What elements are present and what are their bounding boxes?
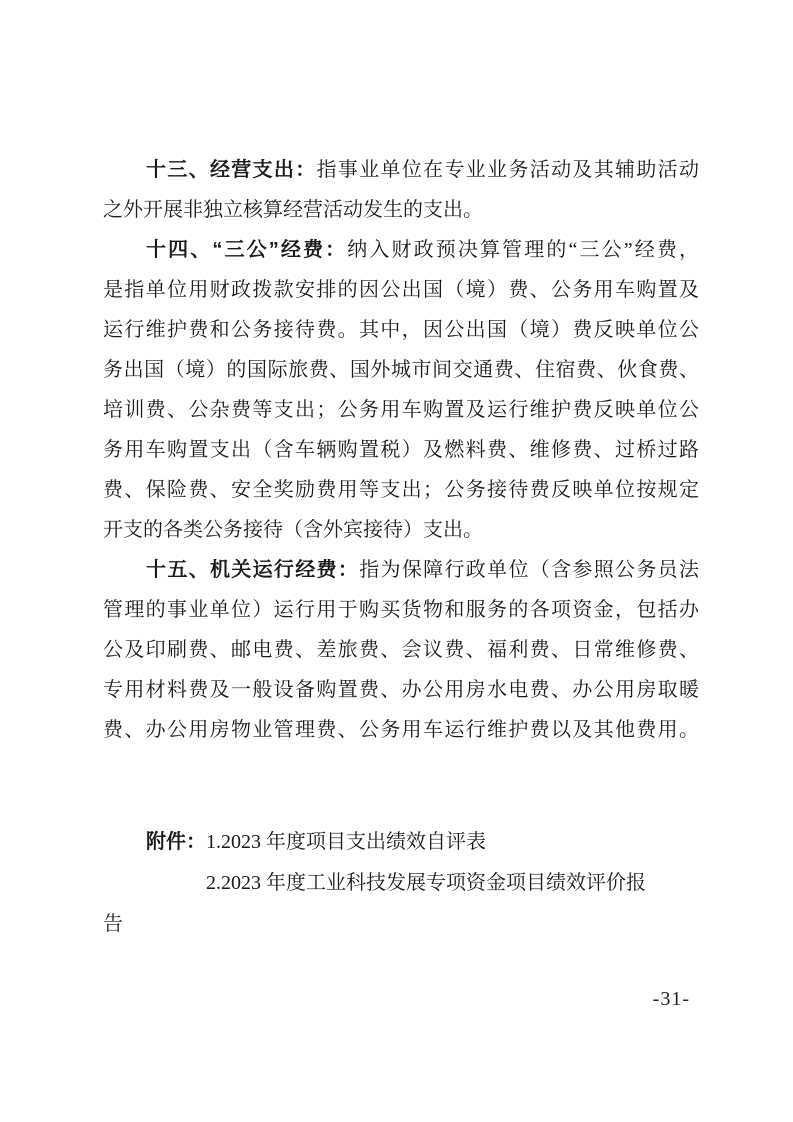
attachment-line: 告 bbox=[103, 904, 743, 945]
body-line-text: 务出国（境）的国际旅费、国外城市间交通费、住宿费、伙食费、 bbox=[103, 359, 699, 381]
body-line-text: 费、办公用房物业管理费、公务用车运行维护费以及其他费用。 bbox=[103, 719, 699, 741]
body-line: 管理的事业单位）运行用于购买货物和服务的各项资金，包括办 bbox=[103, 590, 699, 630]
body-line-text: 是指单位用财政拨款安排的因公出国（境）费、公务用车购置及 bbox=[103, 279, 699, 301]
body-line-text: 之外开展非独立核算经营活动发生的支出。 bbox=[103, 199, 483, 221]
attachment-item-1: 1.2023 年度项目支出绩效自评表 bbox=[206, 831, 486, 853]
body-line-text: 指事业单位在专业业务活动及其辅助活动 bbox=[317, 159, 699, 181]
body-line: 培训费、公杂费等支出；公务用车购置及运行维护费反映单位公 bbox=[103, 390, 699, 430]
body-line-text: 公及印刷费、邮电费、差旅费、会议费、福利费、日常维修费、 bbox=[103, 639, 699, 661]
body-line: 公及印刷费、邮电费、差旅费、会议费、福利费、日常维修费、 bbox=[103, 630, 699, 670]
section-heading: 十四、“三公”经费： bbox=[146, 239, 347, 261]
body-line: 专用材料费及一般设备购置费、办公用房水电费、办公用房取暖 bbox=[103, 670, 699, 710]
body-line-text: 务用车购置支出（含车辆购置税）及燃料费、维修费、过桥过路 bbox=[103, 439, 699, 461]
body-line: 务出国（境）的国际旅费、国外城市间交通费、住宿费、伙食费、 bbox=[103, 350, 699, 390]
body-line-text: 管理的事业单位）运行用于购买货物和服务的各项资金，包括办 bbox=[103, 599, 699, 621]
body-line: 十三、经营支出：指事业单位在专业业务活动及其辅助活动 bbox=[103, 150, 699, 190]
attachment-item-2-wrap: 告 bbox=[103, 913, 123, 935]
body-line-text: 指为保障行政单位（含参照公务员法 bbox=[359, 559, 699, 581]
attachment-label: 附件： bbox=[146, 831, 206, 853]
body-line: 十五、机关运行经费：指为保障行政单位（含参照公务员法 bbox=[103, 550, 699, 590]
body-line-text: 开支的各类公务接待（含外宾接待）支出。 bbox=[103, 519, 483, 541]
attachment-line: 2.2023 年度工业科技发展专项资金项目绩效评价报 bbox=[103, 863, 743, 904]
body-line: 费、办公用房物业管理费、公务用车运行维护费以及其他费用。 bbox=[103, 710, 699, 750]
attachment-block: 附件：1.2023 年度项目支出绩效自评表 2.2023 年度工业科技发展专项资… bbox=[103, 822, 743, 945]
body-line: 之外开展非独立核算经营活动发生的支出。 bbox=[103, 190, 699, 230]
body-line: 务用车购置支出（含车辆购置税）及燃料费、维修费、过桥过路 bbox=[103, 430, 699, 470]
page-number: -31- bbox=[653, 985, 690, 1013]
body-line-text: 纳入财政预决算管理的“三公”经费， bbox=[347, 239, 699, 261]
body-line: 十四、“三公”经费：纳入财政预决算管理的“三公”经费， bbox=[103, 230, 699, 270]
body-line-text: 专用材料费及一般设备购置费、办公用房水电费、办公用房取暖 bbox=[103, 679, 699, 701]
body-line: 费、保险费、安全奖励费用等支出；公务接待费反映单位按规定 bbox=[103, 470, 699, 510]
body-line: 是指单位用财政拨款安排的因公出国（境）费、公务用车购置及 bbox=[103, 270, 699, 310]
body-line: 开支的各类公务接待（含外宾接待）支出。 bbox=[103, 510, 699, 550]
attachment-line: 附件：1.2023 年度项目支出绩效自评表 bbox=[103, 822, 743, 863]
body-line-text: 培训费、公杂费等支出；公务用车购置及运行维护费反映单位公 bbox=[103, 399, 699, 421]
document-page: 十三、经营支出：指事业单位在专业业务活动及其辅助活动 之外开展非独立核算经营活动… bbox=[0, 0, 793, 1122]
section-heading: 十三、经营支出： bbox=[146, 159, 317, 181]
body-line-text: 运行维护费和公务接待费。其中，因公出国（境）费反映单位公 bbox=[103, 319, 699, 341]
body-text-block: 十三、经营支出：指事业单位在专业业务活动及其辅助活动 之外开展非独立核算经营活动… bbox=[103, 150, 699, 750]
section-heading: 十五、机关运行经费： bbox=[146, 559, 359, 581]
body-line-text: 费、保险费、安全奖励费用等支出；公务接待费反映单位按规定 bbox=[103, 479, 699, 501]
body-line: 运行维护费和公务接待费。其中，因公出国（境）费反映单位公 bbox=[103, 310, 699, 350]
attachment-item-2: 2.2023 年度工业科技发展专项资金项目绩效评价报 bbox=[206, 872, 646, 894]
